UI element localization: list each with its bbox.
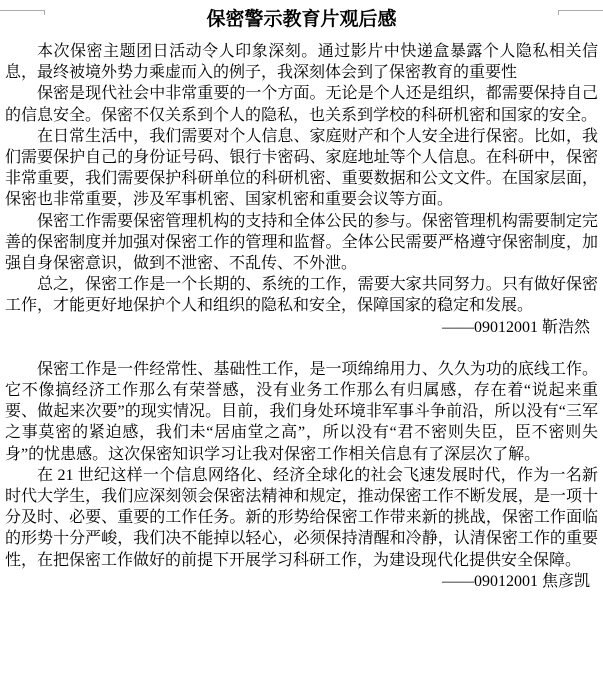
essay-second: 保密工作是一件经常性、基础性工作，是一项绵绵用力、久久为功的底线工作。它不像搞经… bbox=[0, 359, 603, 592]
essay-paragraph: 在 21 世纪这样一个信息网络化、经济全球化的社会飞速发展时代，作为一名新时代大… bbox=[5, 465, 598, 571]
page-margin-mark-left bbox=[0, 10, 45, 15]
essay-paragraph: 保密工作是一件经常性、基础性工作，是一项绵绵用力、久久为功的底线工作。它不像搞经… bbox=[5, 359, 598, 465]
essay-signature: ——09012001 焦彦凯 bbox=[5, 571, 598, 592]
document-title: 保密警示教育片观后感 bbox=[0, 8, 603, 32]
essay-paragraph: 本次保密主题团日活动令人印象深刻。通过影片中快递盒暴露个人隐私相关信息，最终被境… bbox=[5, 41, 598, 83]
essay-paragraph: 总之，保密工作是一个长期的、系统的工作，需要大家共同努力。只有做好保密工作，才能… bbox=[5, 274, 598, 316]
essay-first: 本次保密主题团日活动令人印象深刻。通过影片中快递盒暴露个人隐私相关信息，最终被境… bbox=[0, 41, 603, 338]
essay-paragraph: 保密工作需要保密管理机构的支持和全体公民的参与。保密管理机构需要制定完善的保密制… bbox=[5, 211, 598, 275]
page-margin-mark-right bbox=[558, 10, 603, 15]
essay-paragraph: 保密是现代社会中非常重要的一个方面。无论是个人还是组织，都需要保持自己的信息安全… bbox=[5, 83, 598, 125]
essay-paragraph: 在日常生活中，我们需要对个人信息、家庭财产和个人安全进行保密。比如，我们需要保护… bbox=[5, 126, 598, 211]
document-page: 保密警示教育片观后感 本次保密主题团日活动令人印象深刻。通过影片中快递盒暴露个人… bbox=[0, 8, 603, 683]
essay-signature: ——09012001 靳浩然 bbox=[5, 317, 598, 338]
